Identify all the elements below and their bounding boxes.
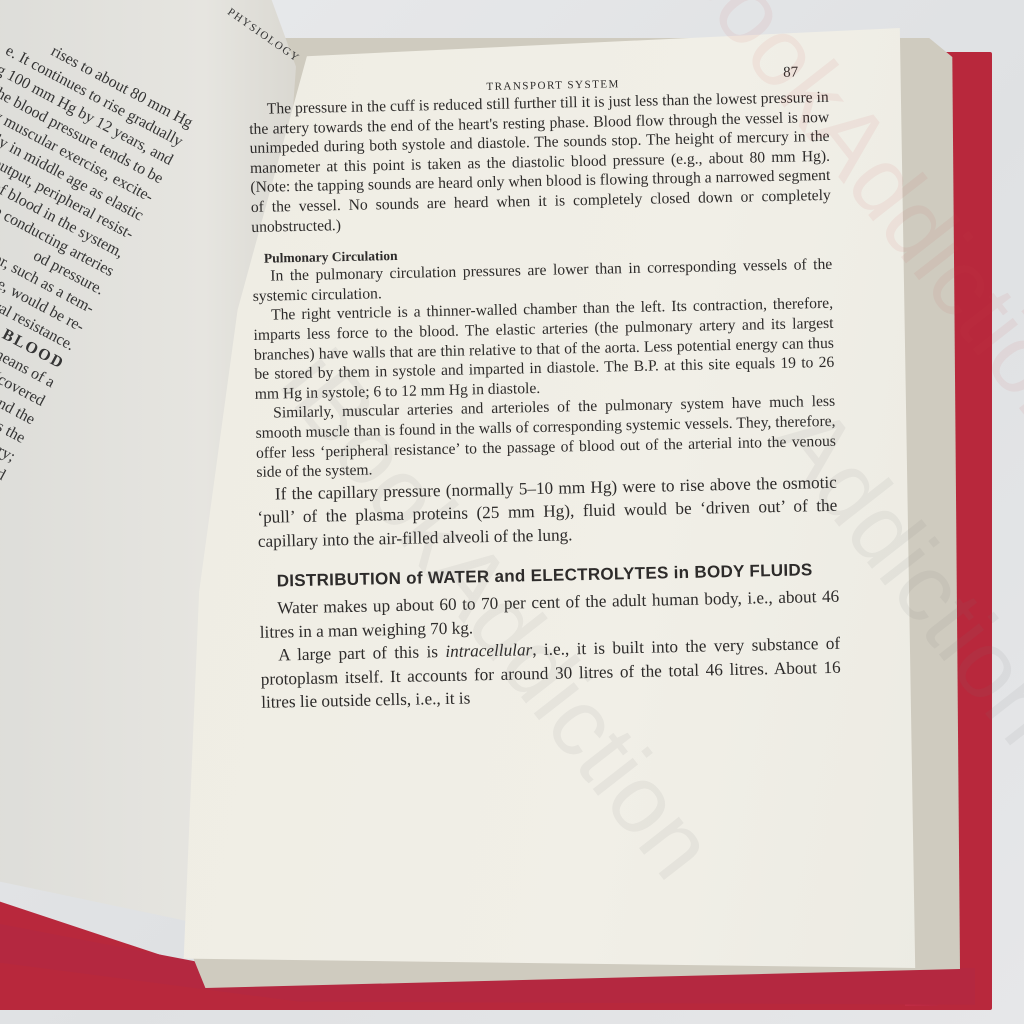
paragraph: Similarly, muscular arteries and arterio… <box>255 392 837 483</box>
italic-term: intracellular <box>445 640 532 661</box>
text-run: A large part of this is <box>278 642 446 664</box>
paragraph: The pressure in the cuff is reduced stil… <box>249 88 832 237</box>
right-page-text: TRANSPORT SYSTEM 87 The pressure in the … <box>248 58 841 715</box>
paragraph: If the capillary pressure (normally 5–10… <box>257 470 838 553</box>
paragraph: The right ventricle is a thinner-walled … <box>253 294 835 404</box>
paragraph: A large part of this is intracellular, i… <box>260 632 841 715</box>
page-number: 87 <box>783 64 798 81</box>
running-head-title: TRANSPORT SYSTEM <box>486 78 620 93</box>
